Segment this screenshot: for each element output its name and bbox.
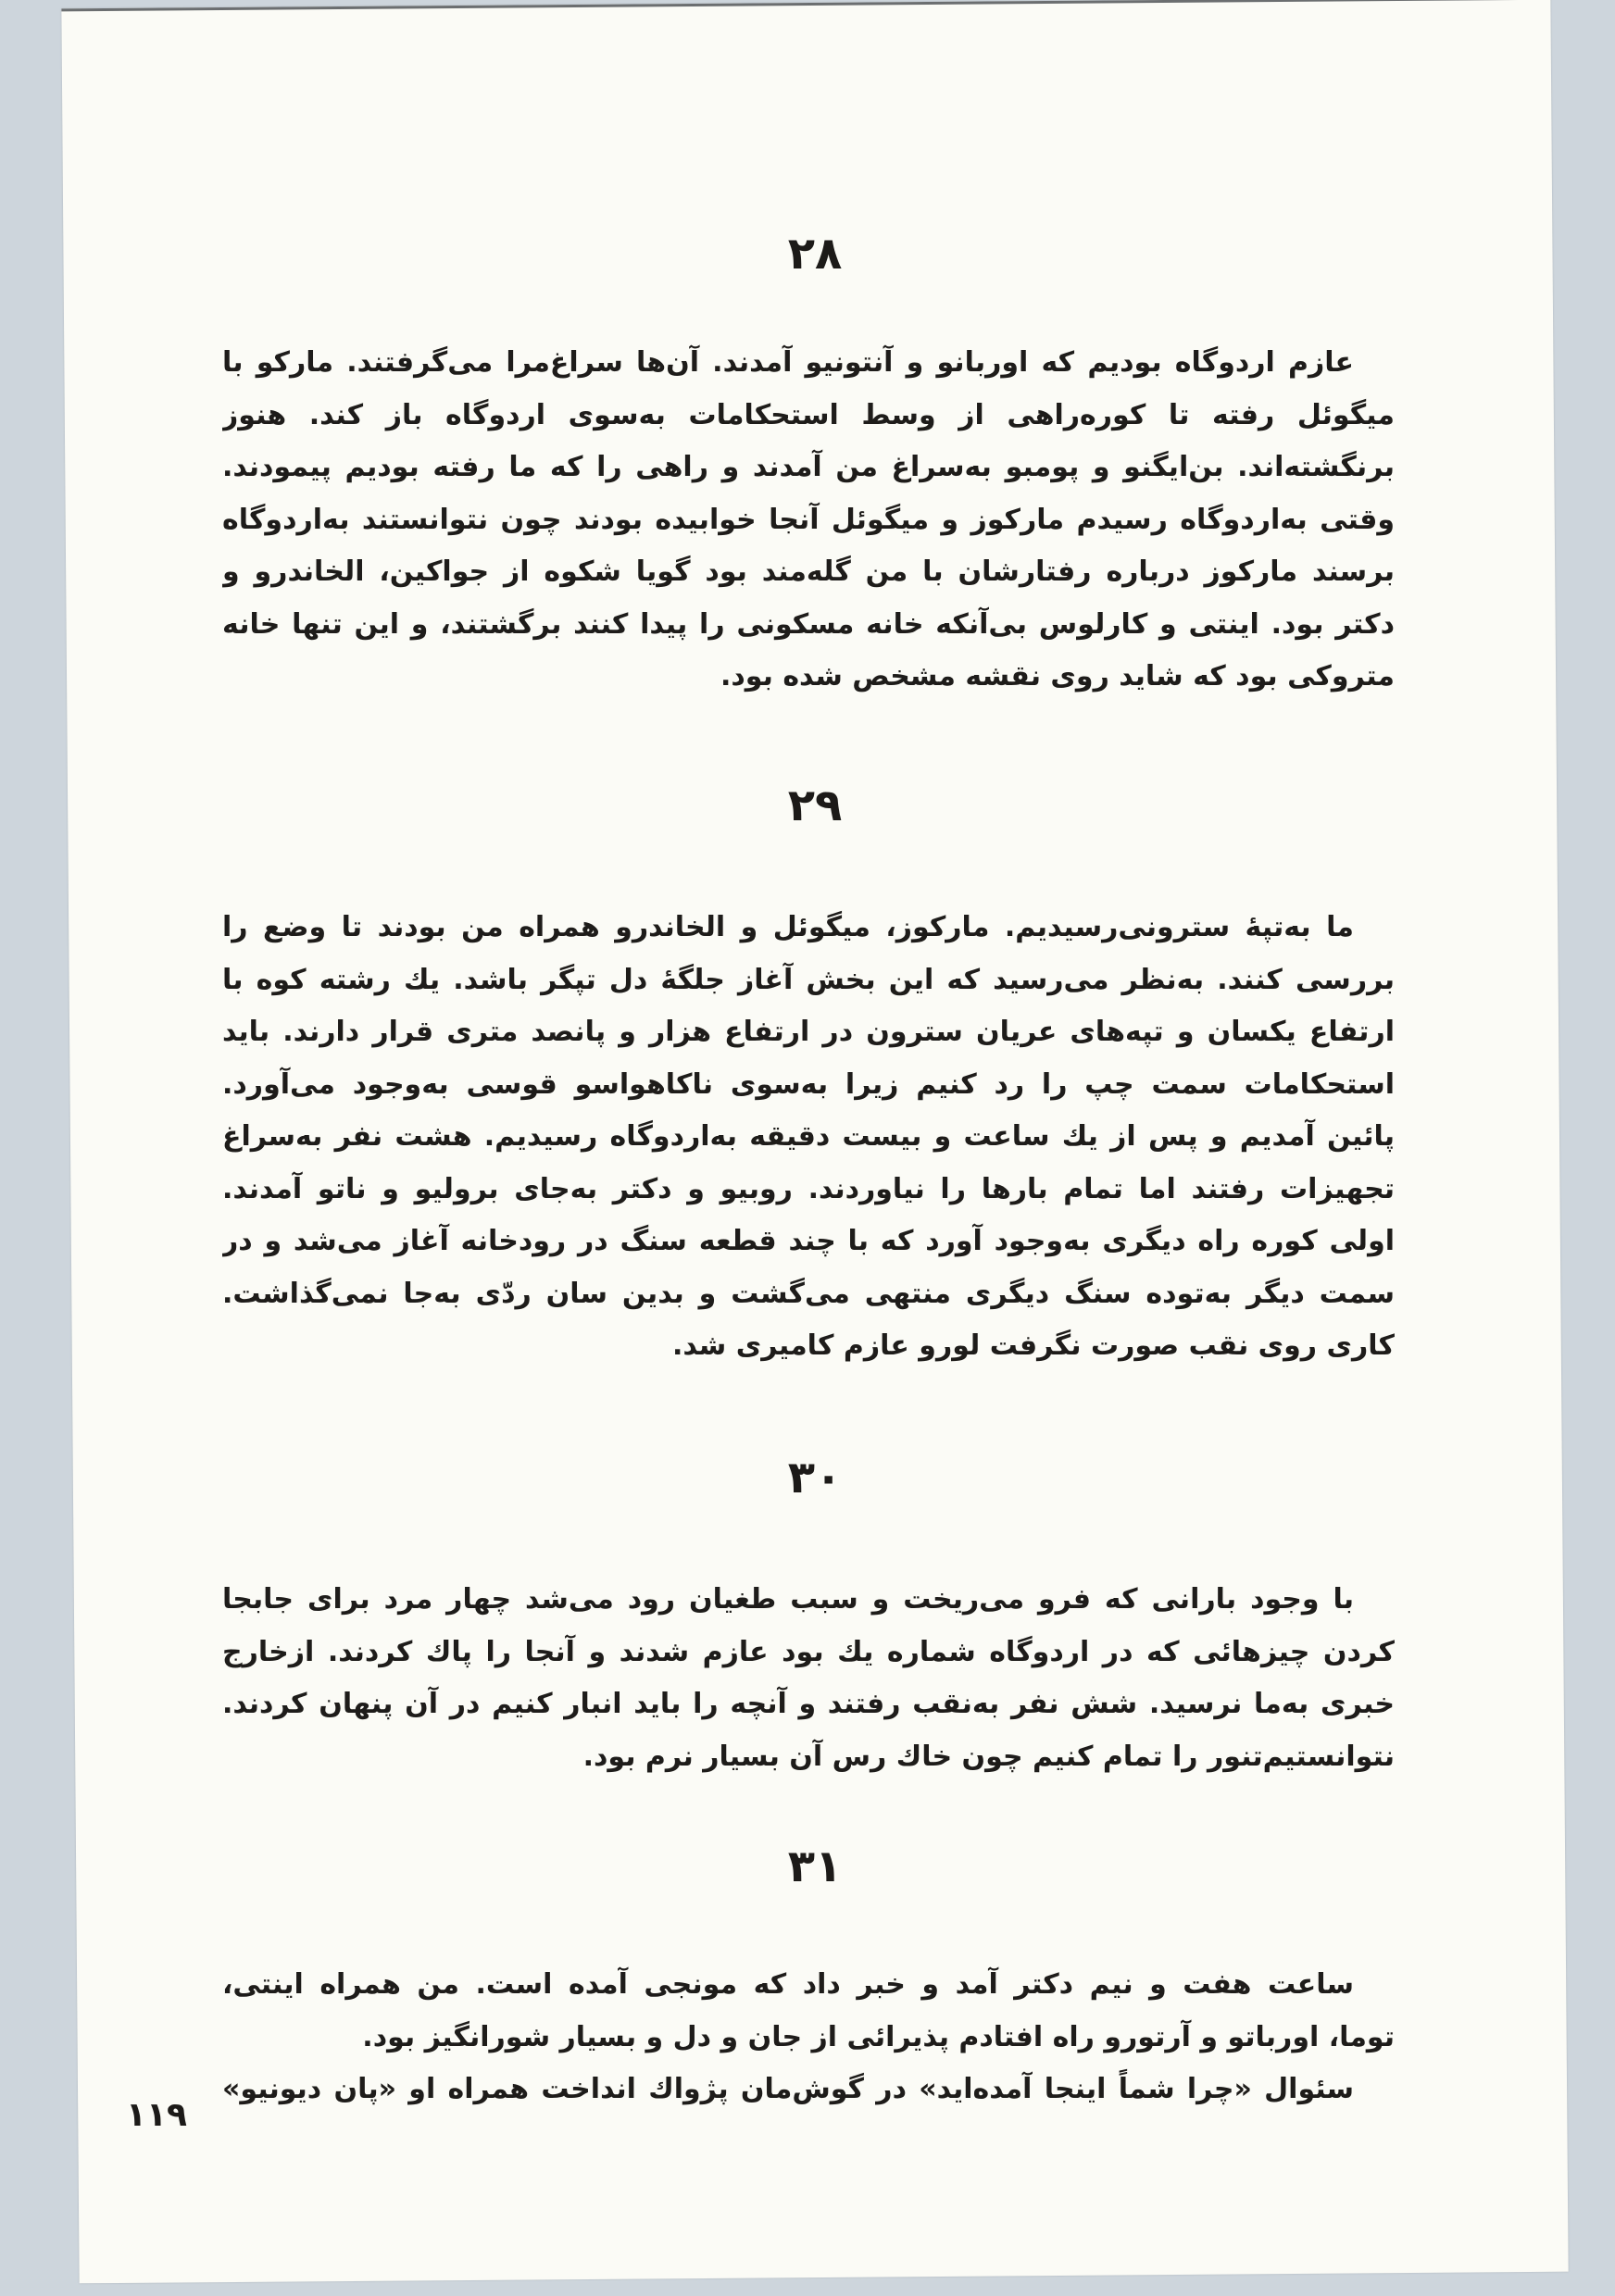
text-line: ارتفاع یکسان و تپه‌های عریان سترون در ار… [222,1006,1395,1059]
text-line: عازم اردوگاه بودیم که اوربانو و آنتونیو … [222,337,1395,390]
page-number: ۱۱۹ [126,2096,187,2134]
text-line: نتوانستیم‌تنور را تمام کنیم چون خاك رس آ… [222,1730,1395,1783]
text-line: متروکی بود که شاید روی نقشه مشخص شده بود… [222,651,1395,704]
text-line: برنگشته‌اند. بن‌ایگنو و پومبو به‌سراغ من… [222,442,1395,494]
text-line: برسند مارکوز درباره رفتارشان با من گله‌م… [222,546,1395,599]
section-28-paragraph: عازم اردوگاه بودیم که اوربانو و آنتونیو … [222,337,1395,704]
text-line: توما، اورباتو و آرتورو راه افتادم پذیرائ… [222,2011,1395,2064]
section-number-30: ۳۰ [70,1452,1559,1504]
text-line: سئوال «چرا شماً اینجا آمده‌اید» در گوش‌م… [222,2064,1395,2116]
text-line: دکتر بود. اینتی و کارلوس بی‌آنکه خانه مس… [222,598,1395,651]
text-line: سمت دیگر به‌توده سنگ دیگری منتهی می‌گشت … [222,1267,1395,1320]
text-line: خبری به‌ما نرسید. شش نفر به‌نقب رفتند و … [222,1678,1395,1731]
text-line: کاری روی نقب صورت نگرفت لورو عازم کامیری… [222,1320,1395,1373]
section-number-31: ۳۱ [70,1841,1559,1892]
section-30-paragraph: با وجود بارانی که فرو می‌ریخت و سبب طغیا… [222,1574,1395,1783]
text-line: با وجود بارانی که فرو می‌ریخت و سبب طغیا… [222,1574,1395,1627]
section-number-28: ۲۸ [70,228,1559,280]
text-line: ما به‌تپهٔ سترونی‌رسیدیم. مارکوز، میگوئل… [222,902,1395,955]
section-31-paragraph: ساعت هفت و نیم دکتر آمد و خبر داد که مون… [222,1959,1395,2116]
text-line: تجهیزات رفتند اما تمام بارها را نیاوردند… [222,1163,1395,1216]
text-line: میگوئل رفته تا کوره‌راهی از وسط استحکاما… [222,389,1395,442]
scanned-page: ۲۸ عازم اردوگاه بودیم که اوربانو و آنتون… [61,0,1568,2283]
text-line: پائین آمدیم و پس از یك ساعت و بیست دقیقه… [222,1111,1395,1164]
text-line-with-emphasis: ساعت هفت و نیم دکتر آمد و خبر داد که مون… [222,1959,1395,2012]
text-line: کردن چیزهائی که در اردوگاه شماره یك بود … [222,1627,1395,1679]
text-line: وقتی به‌اردوگاه رسیدم مارکوز و میگوئل آن… [222,493,1395,546]
text-line: استحکامات سمت چپ را رد کنیم زیرا به‌سوی … [222,1059,1395,1112]
page-content: ۲۸ عازم اردوگاه بودیم که اوربانو و آنتون… [70,6,1559,2277]
text-line-with-emphasis: بررسی کنند. به‌نظر می‌رسید که این بخش آغ… [222,954,1395,1006]
section-29-paragraph: ما به‌تپهٔ سترونی‌رسیدیم. مارکوز، میگوئل… [222,902,1395,1373]
text-line: اولی کوره راه دیگری به‌وجود آورد که با چ… [222,1216,1395,1268]
section-number-29: ۲۹ [70,780,1559,831]
